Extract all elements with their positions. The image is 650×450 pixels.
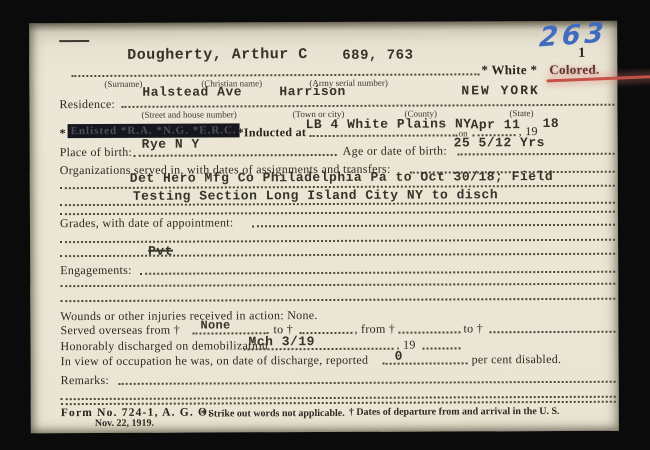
strike-out-note: * Strike out words not applicable.: [201, 408, 345, 420]
soldier-name: Dougherty, Arthur C: [127, 46, 308, 64]
place-of-birth-value: Rye N Y: [142, 137, 200, 152]
page-number: 1: [578, 46, 585, 62]
dotted-rule: [60, 252, 615, 257]
dotted-rule: [121, 103, 614, 108]
enlisted-star: *: [60, 126, 66, 141]
engagements-label: Engagements:: [60, 263, 132, 278]
residence-town-value: Harrison: [279, 84, 345, 99]
residence-state-value: NEW YORK: [461, 83, 539, 98]
service-record-card: 263 1 Dougherty, Arthur C 689, 763 * Whi…: [29, 21, 619, 434]
induction-place-value: LB 4 White Plains NY: [306, 116, 472, 132]
discharge-label: Honorably discharged on demobilization: [60, 338, 268, 354]
dotted-rule: [60, 210, 615, 215]
handwritten-number: 263: [538, 17, 608, 53]
race-colored-struck: Colored.: [549, 59, 650, 78]
dotted-rule: [60, 297, 615, 302]
dotted-rule: [244, 347, 394, 351]
army-serial-number: 689, 763: [342, 48, 413, 64]
dotted-rule: [119, 380, 616, 385]
dotted-rule: [61, 400, 616, 405]
disability-label: In view of occupation he was, on date of…: [61, 353, 369, 369]
induction-year-value: 18: [543, 116, 560, 131]
residence-label: Residence:: [59, 97, 115, 112]
served-overseas-label: Served overseas from †: [60, 323, 180, 339]
dates-departure-note: † Dates of departure from and arrival in…: [349, 406, 560, 418]
percent-disabled-label: per cent disabled.: [472, 352, 562, 367]
dotted-rule: [134, 153, 337, 157]
dotted-rule: [398, 330, 460, 333]
overseas-from-value: None: [200, 318, 230, 332]
age-value: 25 5/12 Yrs: [454, 135, 545, 150]
dotted-rule: [458, 152, 615, 156]
race-white-label: * White *: [481, 62, 537, 78]
residence-street-value: Halstead Ave: [142, 84, 242, 99]
remarks-label: Remarks:: [61, 373, 109, 388]
dotted-rule: [71, 72, 479, 77]
street-column-label: (Street and house number): [141, 109, 236, 119]
overseas-to2-label: to †: [463, 321, 483, 336]
dotted-rule: [310, 133, 458, 137]
scan-background: 263 1 Dougherty, Arthur C 689, 763 * Whi…: [0, 0, 650, 450]
form-date: Nov. 22, 1919.: [95, 418, 154, 429]
dotted-rule: [60, 282, 615, 287]
surname-column-label: (Surname): [104, 79, 142, 89]
dotted-rule: [60, 238, 615, 243]
age-label: Age or date of birth:: [343, 143, 447, 158]
dotted-rule: [252, 223, 615, 228]
overseas-from2-label: , from †: [354, 322, 395, 337]
dotted-rule: [140, 270, 615, 275]
disability-value: 0: [395, 349, 403, 364]
top-dash-mark: [59, 40, 89, 42]
dotted-rule: [423, 346, 461, 349]
grades-label: Grades, with date of appointment:: [60, 215, 234, 231]
induction-date-value: Apr 11: [471, 117, 521, 132]
dotted-rule: [489, 330, 615, 334]
inducted-at-label: *Inducted at: [238, 125, 307, 140]
place-of-birth-label: Place of birth:: [60, 145, 133, 160]
